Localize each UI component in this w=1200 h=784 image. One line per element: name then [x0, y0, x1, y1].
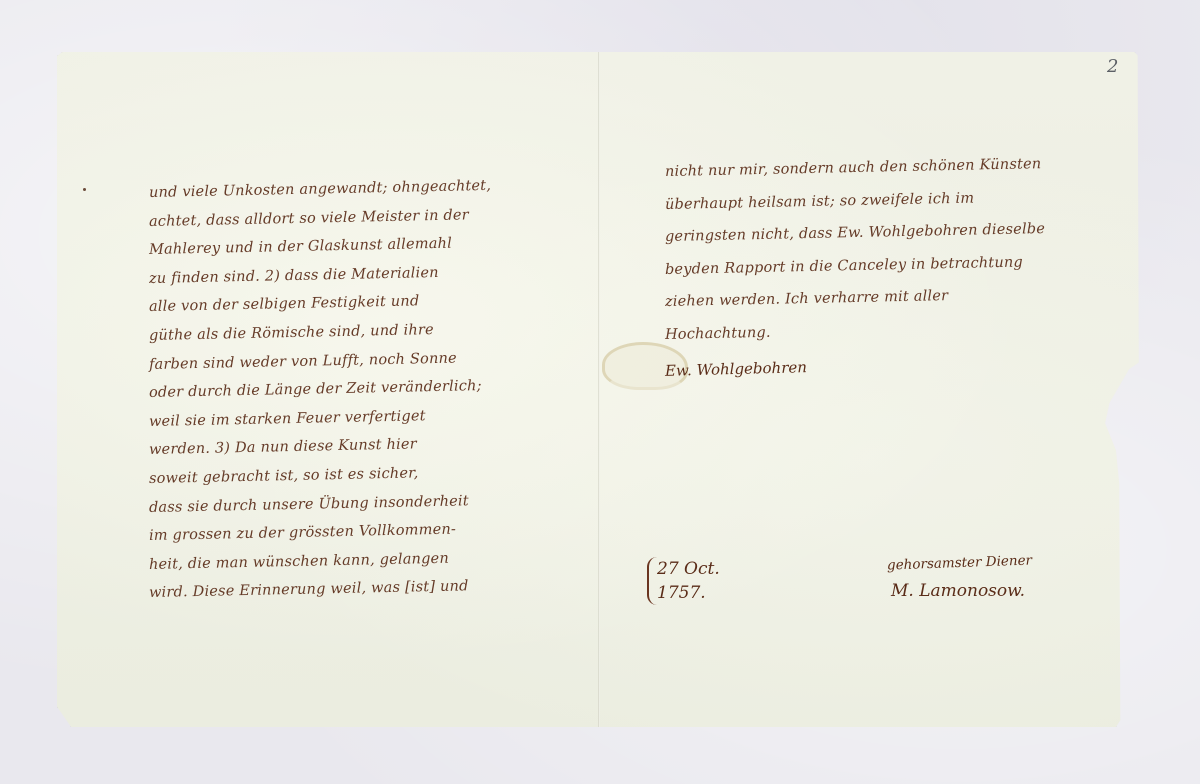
- ink-dot: [83, 188, 86, 191]
- letter-sheet: 2 und viele Unkosten angewandt; ohngeach…: [57, 52, 1142, 727]
- date-year: 1757.: [657, 581, 720, 605]
- right-page: nicht nur mir, sondern auch den schönen …: [665, 156, 1135, 351]
- signature-name: M. Lamonosow.: [891, 581, 1032, 601]
- date-day-month: 27 Oct.: [657, 557, 720, 581]
- humble-servant-text: gehorsamster Diener: [887, 552, 1033, 573]
- closing-salutation: Ew. Wohlgebohren: [665, 358, 807, 380]
- signature-block: gehorsamster Diener M. Lamonosow.: [887, 555, 1032, 601]
- page-number: 2: [1107, 56, 1118, 77]
- left-page: und viele Unkosten angewandt; ohngeachte…: [149, 179, 604, 608]
- letter-date: 27 Oct. 1757.: [647, 557, 720, 605]
